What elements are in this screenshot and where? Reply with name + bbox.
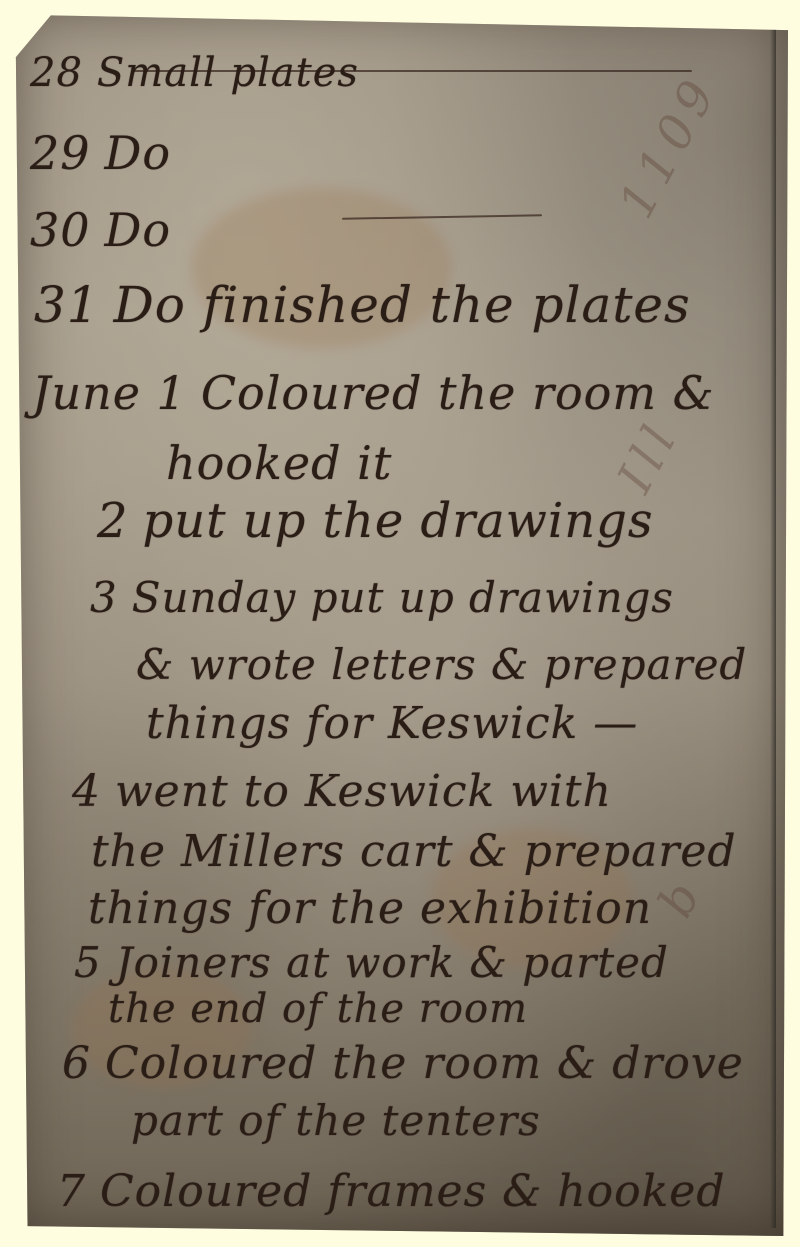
- entry-day: 3: [90, 573, 118, 622]
- entry-line: 30Do: [30, 203, 171, 257]
- entry-line: 7Coloured frames & hooked: [57, 1166, 726, 1217]
- entry-day: June 1: [32, 366, 187, 420]
- ink-bleed-through: 1109: [608, 65, 730, 227]
- entry-day: 7: [57, 1166, 86, 1217]
- entry-day: 6: [62, 1038, 91, 1089]
- diary-page: 1109 Ill b 28Small plates 29Do 30Do 31Do…: [12, 8, 788, 1236]
- entry-text: Sunday put up drawings: [132, 573, 674, 622]
- entry-day: 2: [97, 493, 129, 549]
- entry-line: 29Do: [30, 126, 171, 180]
- entry-text: hooked it: [166, 436, 392, 490]
- entry-text: things for Keswick —: [146, 698, 638, 749]
- entry-text: Do: [105, 126, 172, 180]
- canvas: 1109 Ill b 28Small plates 29Do 30Do 31Do…: [0, 0, 800, 1247]
- entry-day: 4: [72, 766, 101, 817]
- entry-text: & wrote letters & prepared: [136, 640, 747, 689]
- entry-text: Small plates: [97, 50, 359, 96]
- entry-text: Joiners at work & parted: [116, 938, 669, 987]
- entry-line: 6Coloured the room & drove: [62, 1038, 744, 1089]
- entry-text: Coloured the room & drove: [105, 1038, 744, 1089]
- entry-line: the Millers cart & prepared: [77, 826, 737, 877]
- entry-line: 5Joiners at work & parted: [74, 938, 669, 987]
- entry-text: Coloured frames & hooked: [100, 1166, 726, 1217]
- entry-line: hooked it: [152, 436, 392, 490]
- entry-text: the end of the room: [108, 986, 528, 1032]
- entry-day: 30: [30, 203, 91, 257]
- entry-day: 28: [30, 50, 83, 96]
- entry-line: things for Keswick —: [132, 698, 638, 749]
- entry-line: June 1Coloured the room &: [32, 366, 715, 420]
- entry-text: Coloured the room &: [201, 366, 715, 420]
- entry-line: 2put up the drawings: [97, 493, 654, 549]
- entry-text: things for the exhibition: [88, 883, 652, 934]
- entry-text: Do finished the plates: [114, 276, 691, 334]
- entry-line: 4went to Keswick with: [72, 766, 612, 817]
- entry-line: & wrote letters & prepared: [122, 640, 747, 689]
- entry-text: the Millers cart & prepared: [91, 826, 737, 877]
- entry-day: 5: [74, 938, 102, 987]
- entry-text: Do: [105, 203, 172, 257]
- entry-line: things for the exhibition: [74, 883, 652, 934]
- entry-line: 28Small plates: [30, 50, 359, 96]
- entry-line: the end of the room: [94, 986, 528, 1032]
- page-edge: [770, 28, 776, 1228]
- entry-line: 31Do finished the plates: [34, 276, 691, 334]
- entry-day: 31: [34, 276, 100, 334]
- entry-line: part of the tenters: [117, 1096, 541, 1145]
- entry-text: went to Keswick with: [115, 766, 612, 817]
- entry-line: 3Sunday put up drawings: [90, 573, 674, 622]
- ink-bleed-through: Ill: [607, 410, 691, 501]
- entry-text: put up the drawings: [143, 493, 654, 549]
- entry-text: part of the tenters: [131, 1096, 541, 1145]
- entry-day: 29: [30, 126, 91, 180]
